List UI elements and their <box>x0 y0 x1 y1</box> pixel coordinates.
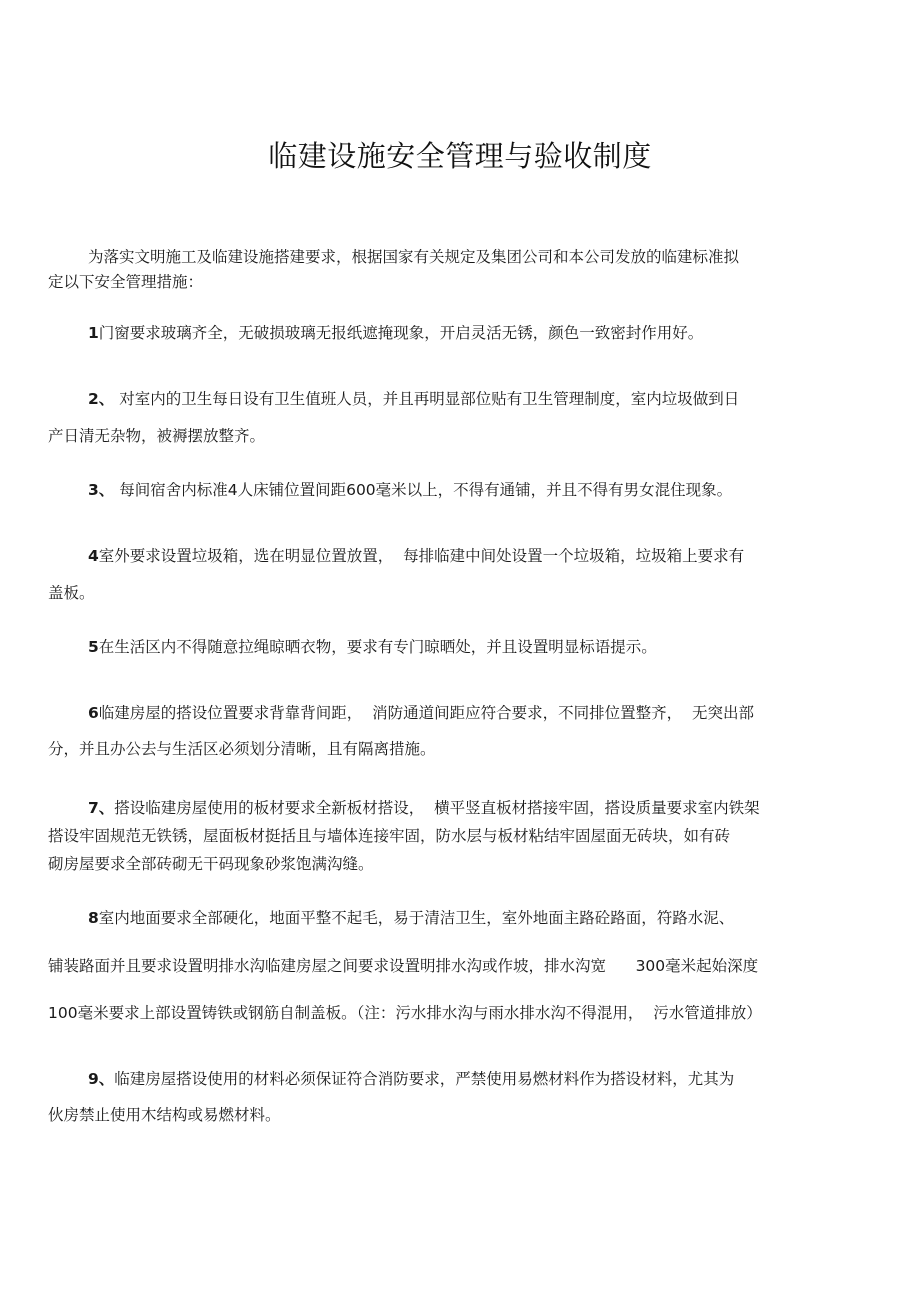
item-number: 3、 <box>88 481 114 499</box>
item-2: 2、 对室内的卫生每日设有卫生值班人员，并且再明显部位贴有卫生管理制度，室内垃圾… <box>88 388 739 410</box>
item-2-line-2: 产日清无杂物，被褥摆放整齐。 <box>48 425 265 447</box>
item-text: 临建房屋搭设使用的材料必须保证符合消防要求，严禁使用易燃材料作为搭设材料，尤其为 <box>114 1070 734 1088</box>
item-9-line-2: 伙房禁止使用木结构或易燃材料。 <box>48 1104 281 1126</box>
item-1: 1门窗要求玻璃齐全，无破损玻璃无报纸遮掩现象，开启灵活无锈，颜色一致密封作用好。 <box>88 322 703 344</box>
item-number: 1 <box>88 324 99 342</box>
item-4: 4室外要求设置垃圾箱，选在明显位置放置， 每排临建中间处设置一个垃圾箱，垃圾箱上… <box>88 545 744 567</box>
document-title: 临建设施安全管理与验收制度 <box>0 136 920 176</box>
item-number: 8 <box>88 909 99 927</box>
item-text: 对室内的卫生每日设有卫生值班人员，并且再明显部位贴有卫生管理制度，室内垃圾做到日 <box>114 390 739 408</box>
item-4-line-2: 盖板。 <box>48 582 95 604</box>
item-6-line-2: 分，并且办公去与生活区必须划分清晰，且有隔离措施。 <box>48 738 436 760</box>
item-3: 3、 每间宿舍内标准4人床铺位置间距600毫米以上，不得有通铺，并且不得有男女混… <box>88 479 732 501</box>
item-6: 6临建房屋的搭设位置要求背靠背间距， 消防通道间距应符合要求，不同排位置整齐， … <box>88 702 754 724</box>
item-7-line-2: 搭设牢固规范无铁锈，屋面板材挺括且与墙体连接牢固，防水层与板材粘结牢固屋面无砖块… <box>48 825 730 847</box>
item-5: 5在生活区内不得随意拉绳晾晒衣物，要求有专门晾晒处，并且设置明显标语提示。 <box>88 636 657 658</box>
item-text: 搭设临建房屋使用的板材要求全新板材搭设， 横平竖直板材搭接牢固，搭设质量要求室内… <box>114 799 759 817</box>
item-number: 7、 <box>88 799 114 817</box>
item-8: 8室内地面要求全部硬化，地面平整不起毛，易于清洁卫生，室外地面主路砼路面，符路水… <box>88 907 734 929</box>
item-7: 7、搭设临建房屋使用的板材要求全新板材搭设， 横平竖直板材搭接牢固，搭设质量要求… <box>88 797 760 819</box>
item-text: 临建房屋的搭设位置要求背靠背间距， 消防通道间距应符合要求，不同排位置整齐， 无… <box>99 704 754 722</box>
item-text: 门窗要求玻璃齐全，无破损玻璃无报纸遮掩现象，开启灵活无锈，颜色一致密封作用好。 <box>99 324 704 342</box>
item-number: 6 <box>88 704 99 722</box>
document-page: 临建设施安全管理与验收制度 为落实文明施工及临建设施搭建要求，根据国家有关规定及… <box>0 0 920 1303</box>
item-text: 室内地面要求全部硬化，地面平整不起毛，易于清洁卫生，室外地面主路砼路面，符路水泥… <box>99 909 735 927</box>
intro-line-2: 定以下安全管理措施： <box>48 271 203 293</box>
item-text: 在生活区内不得随意拉绳晾晒衣物，要求有专门晾晒处，并且设置明显标语提示。 <box>99 638 657 656</box>
item-number: 2、 <box>88 390 114 408</box>
item-text: 室外要求设置垃圾箱，选在明显位置放置， 每排临建中间处设置一个垃圾箱，垃圾箱上要… <box>99 547 744 565</box>
item-text: 每间宿舍内标准4人床铺位置间距600毫米以上，不得有通铺，并且不得有男女混住现象… <box>114 481 732 499</box>
item-9: 9、临建房屋搭设使用的材料必须保证符合消防要求，严禁使用易燃材料作为搭设材料，尤… <box>88 1068 734 1090</box>
item-8-line-3: 100毫米要求上部设置铸铁或钢筋自制盖板。（注：污水排水沟与雨水排水沟不得混用，… <box>48 1002 762 1024</box>
item-7-line-3: 砌房屋要求全部砖砌无干码现象砂浆饱满沟缝。 <box>48 853 374 875</box>
item-number: 4 <box>88 547 99 565</box>
item-number: 5 <box>88 638 99 656</box>
intro-line-1: 为落实文明施工及临建设施搭建要求，根据国家有关规定及集团公司和本公司发放的临建标… <box>88 246 739 268</box>
item-number: 9、 <box>88 1070 114 1088</box>
item-8-line-2: 铺装路面并且要求设置明排水沟临建房屋之间要求设置明排水沟或作坡，排水沟宽 300… <box>48 955 758 977</box>
